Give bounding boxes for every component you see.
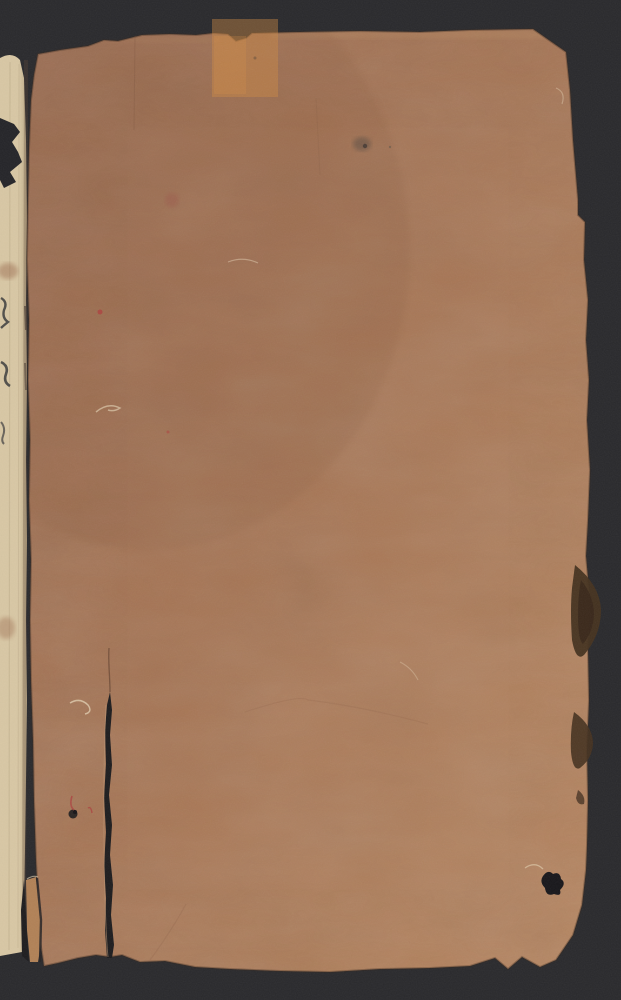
scan-canvas: scanner backing facing page fore-edge to…: [0, 0, 621, 1000]
book-scan-photo: scanner backing facing page fore-edge to…: [0, 0, 621, 1000]
film-grain: [0, 0, 621, 1000]
